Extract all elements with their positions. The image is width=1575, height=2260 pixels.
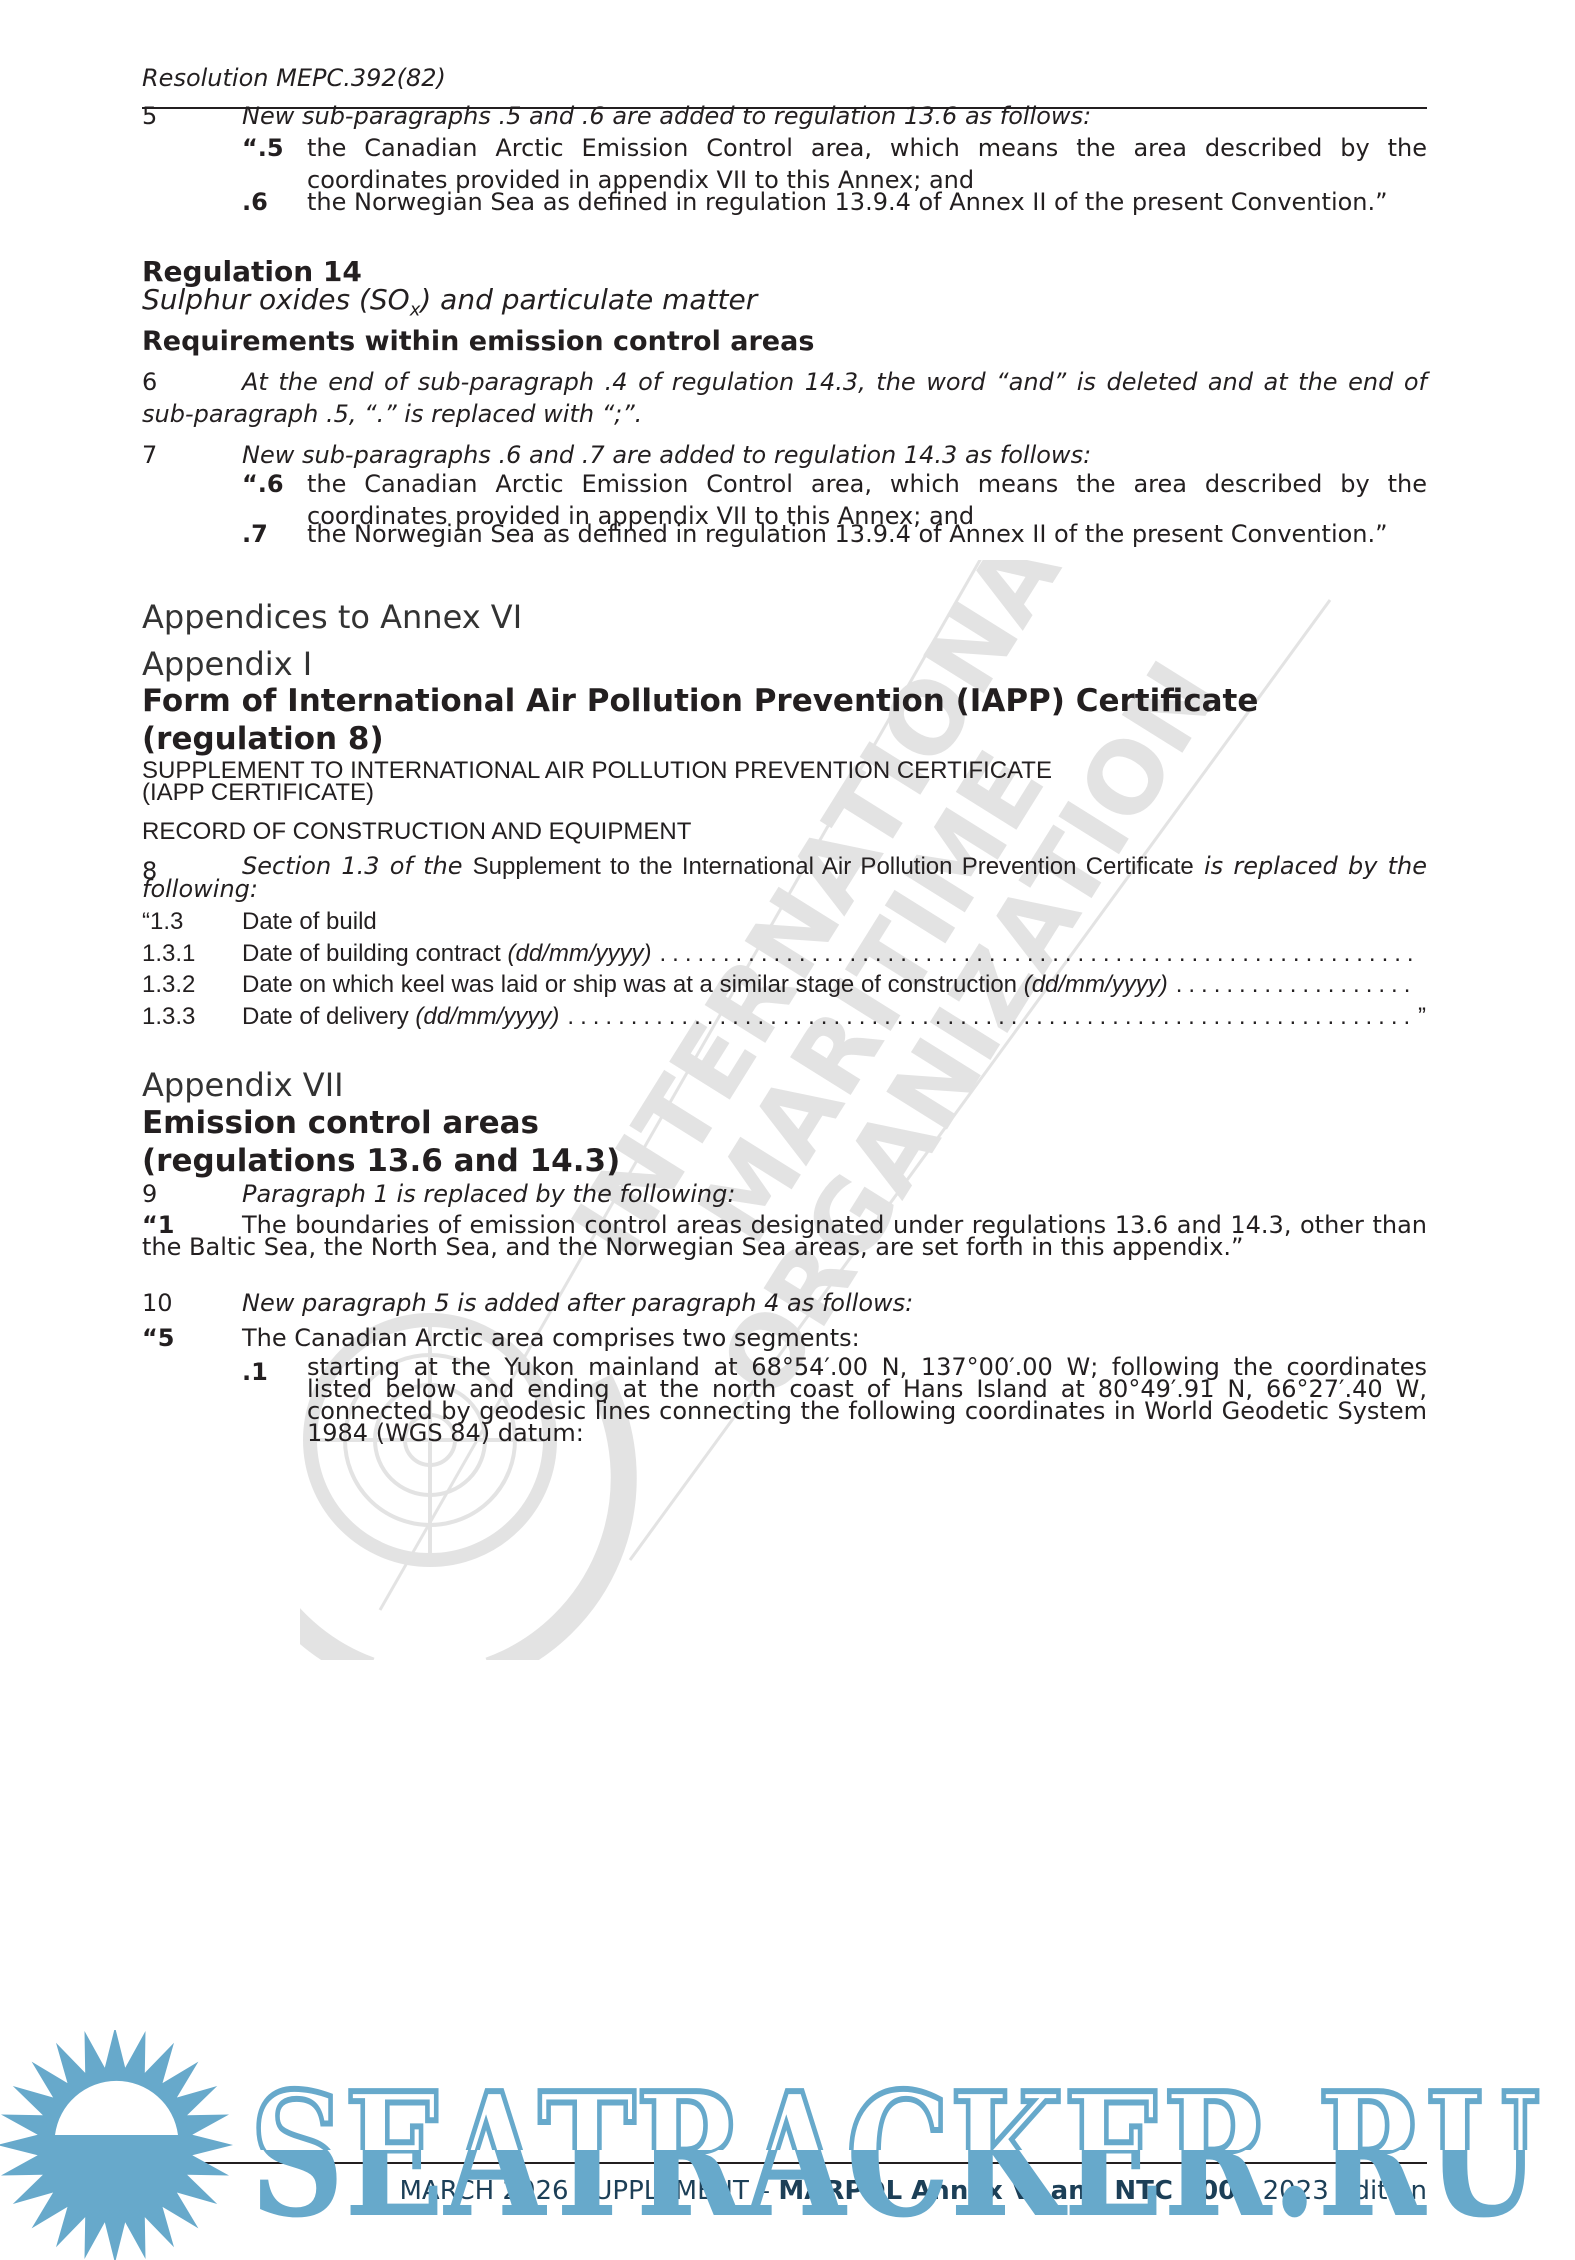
appendix-title: Emission control areas (regulations 13.6… — [142, 1104, 1427, 1180]
sun-logo-icon — [0, 2030, 233, 2260]
appendix-label: Appendix VII — [142, 1066, 1427, 1104]
paragraph-number: 9 — [142, 1178, 157, 1210]
sub-paragraph-text: the Norwegian Sea as defined in regulati… — [307, 186, 1427, 218]
closing-quote: ” — [1418, 1003, 1426, 1031]
paragraph-number: 6 — [142, 366, 157, 398]
running-header: Resolution MEPC.392(82) — [142, 64, 446, 92]
appendix-title: Form of International Air Pollution Prev… — [142, 682, 1427, 758]
paragraph-text: Section 1.3 of the Supplement to the Int… — [142, 855, 1427, 900]
paragraph-intro: Paragraph 1 is replaced by the following… — [242, 1178, 1427, 1210]
record-heading: RECORD OF CONSTRUCTION AND EQUIPMENT — [142, 818, 1427, 846]
sub-paragraph-label: “.5 — [242, 132, 284, 164]
form-row-label: Date of delivery (dd/mm/yyyy) — [242, 1003, 559, 1031]
paragraph-number: 10 — [142, 1287, 173, 1319]
form-row-number: 1.3.2 — [142, 971, 195, 999]
svg-text:SEATRACKER.RU: SEATRACKER.RU — [250, 2056, 1540, 2256]
form-row-label: Date of building contract (dd/mm/yyyy) — [242, 940, 652, 968]
form-row-number: “1.3 — [142, 908, 183, 936]
quoted-paragraph-label: “5 — [142, 1322, 174, 1354]
paragraph-intro: New paragraph 5 is added after paragraph… — [242, 1287, 1427, 1319]
section-heading: Requirements within emission control are… — [142, 326, 1427, 357]
form-fill-leader: ........................................… — [660, 940, 1419, 968]
page-number: 2 — [142, 2176, 159, 2206]
sub-paragraph-text: the Norwegian Sea as defined in regulati… — [307, 518, 1427, 550]
quoted-paragraph-label: “1 — [142, 1214, 174, 1236]
form-row-label: Date of build — [242, 908, 377, 936]
appendix-label: Appendix I — [142, 645, 1427, 683]
sub-paragraph-label: .7 — [242, 518, 268, 550]
paragraph-number: 7 — [142, 439, 157, 471]
form-row-number: 1.3.1 — [142, 940, 195, 968]
form-fill-leader: ........................................… — [567, 1003, 1418, 1031]
sub-paragraph-label: .1 — [242, 1356, 268, 1388]
svg-text:SEATRACKER.RU: SEATRACKER.RU — [250, 2056, 1540, 2256]
supplement-heading: SUPPLEMENT TO INTERNATIONAL AIR POLLUTIO… — [142, 760, 1427, 804]
seatracker-watermark: SEATRACKER.RU SEATRACKER.RU — [0, 2030, 1575, 2260]
quoted-paragraph-text: The Canadian Arctic area comprises two s… — [242, 1322, 1427, 1354]
sub-paragraph-text: starting at the Yukon mainland at 68°54′… — [307, 1356, 1427, 1444]
quoted-paragraph-text: The boundaries of emission control areas… — [142, 1214, 1427, 1258]
paragraph-number: 5 — [142, 100, 157, 132]
form-row-number: 1.3.3 — [142, 1003, 195, 1031]
footer-rule — [142, 2162, 1427, 2164]
paragraph-text: At the end of sub-paragraph .4 of regula… — [142, 366, 1427, 430]
document-page: INTERNATIONAL MARITIME ORGANIZATION Reso… — [0, 0, 1575, 2260]
appendices-title: Appendices to Annex VI — [142, 598, 1427, 636]
sub-paragraph-label: .6 — [242, 186, 268, 218]
form-row-label: Date on which keel was laid or ship was … — [242, 971, 1168, 999]
form-fill-leader: ........................................… — [1176, 971, 1418, 999]
paragraph-intro: New sub-paragraphs .6 and .7 are added t… — [242, 439, 1427, 471]
regulation-subtitle: Sulphur oxides (SOx) and particulate mat… — [142, 283, 1427, 321]
sub-paragraph-label: “.6 — [242, 468, 284, 500]
footer-title: MARCH 2026 SUPPLEMENT – MARPOL Annex VI … — [399, 2176, 1427, 2206]
paragraph-intro: New sub-paragraphs .5 and .6 are added t… — [242, 100, 1427, 132]
